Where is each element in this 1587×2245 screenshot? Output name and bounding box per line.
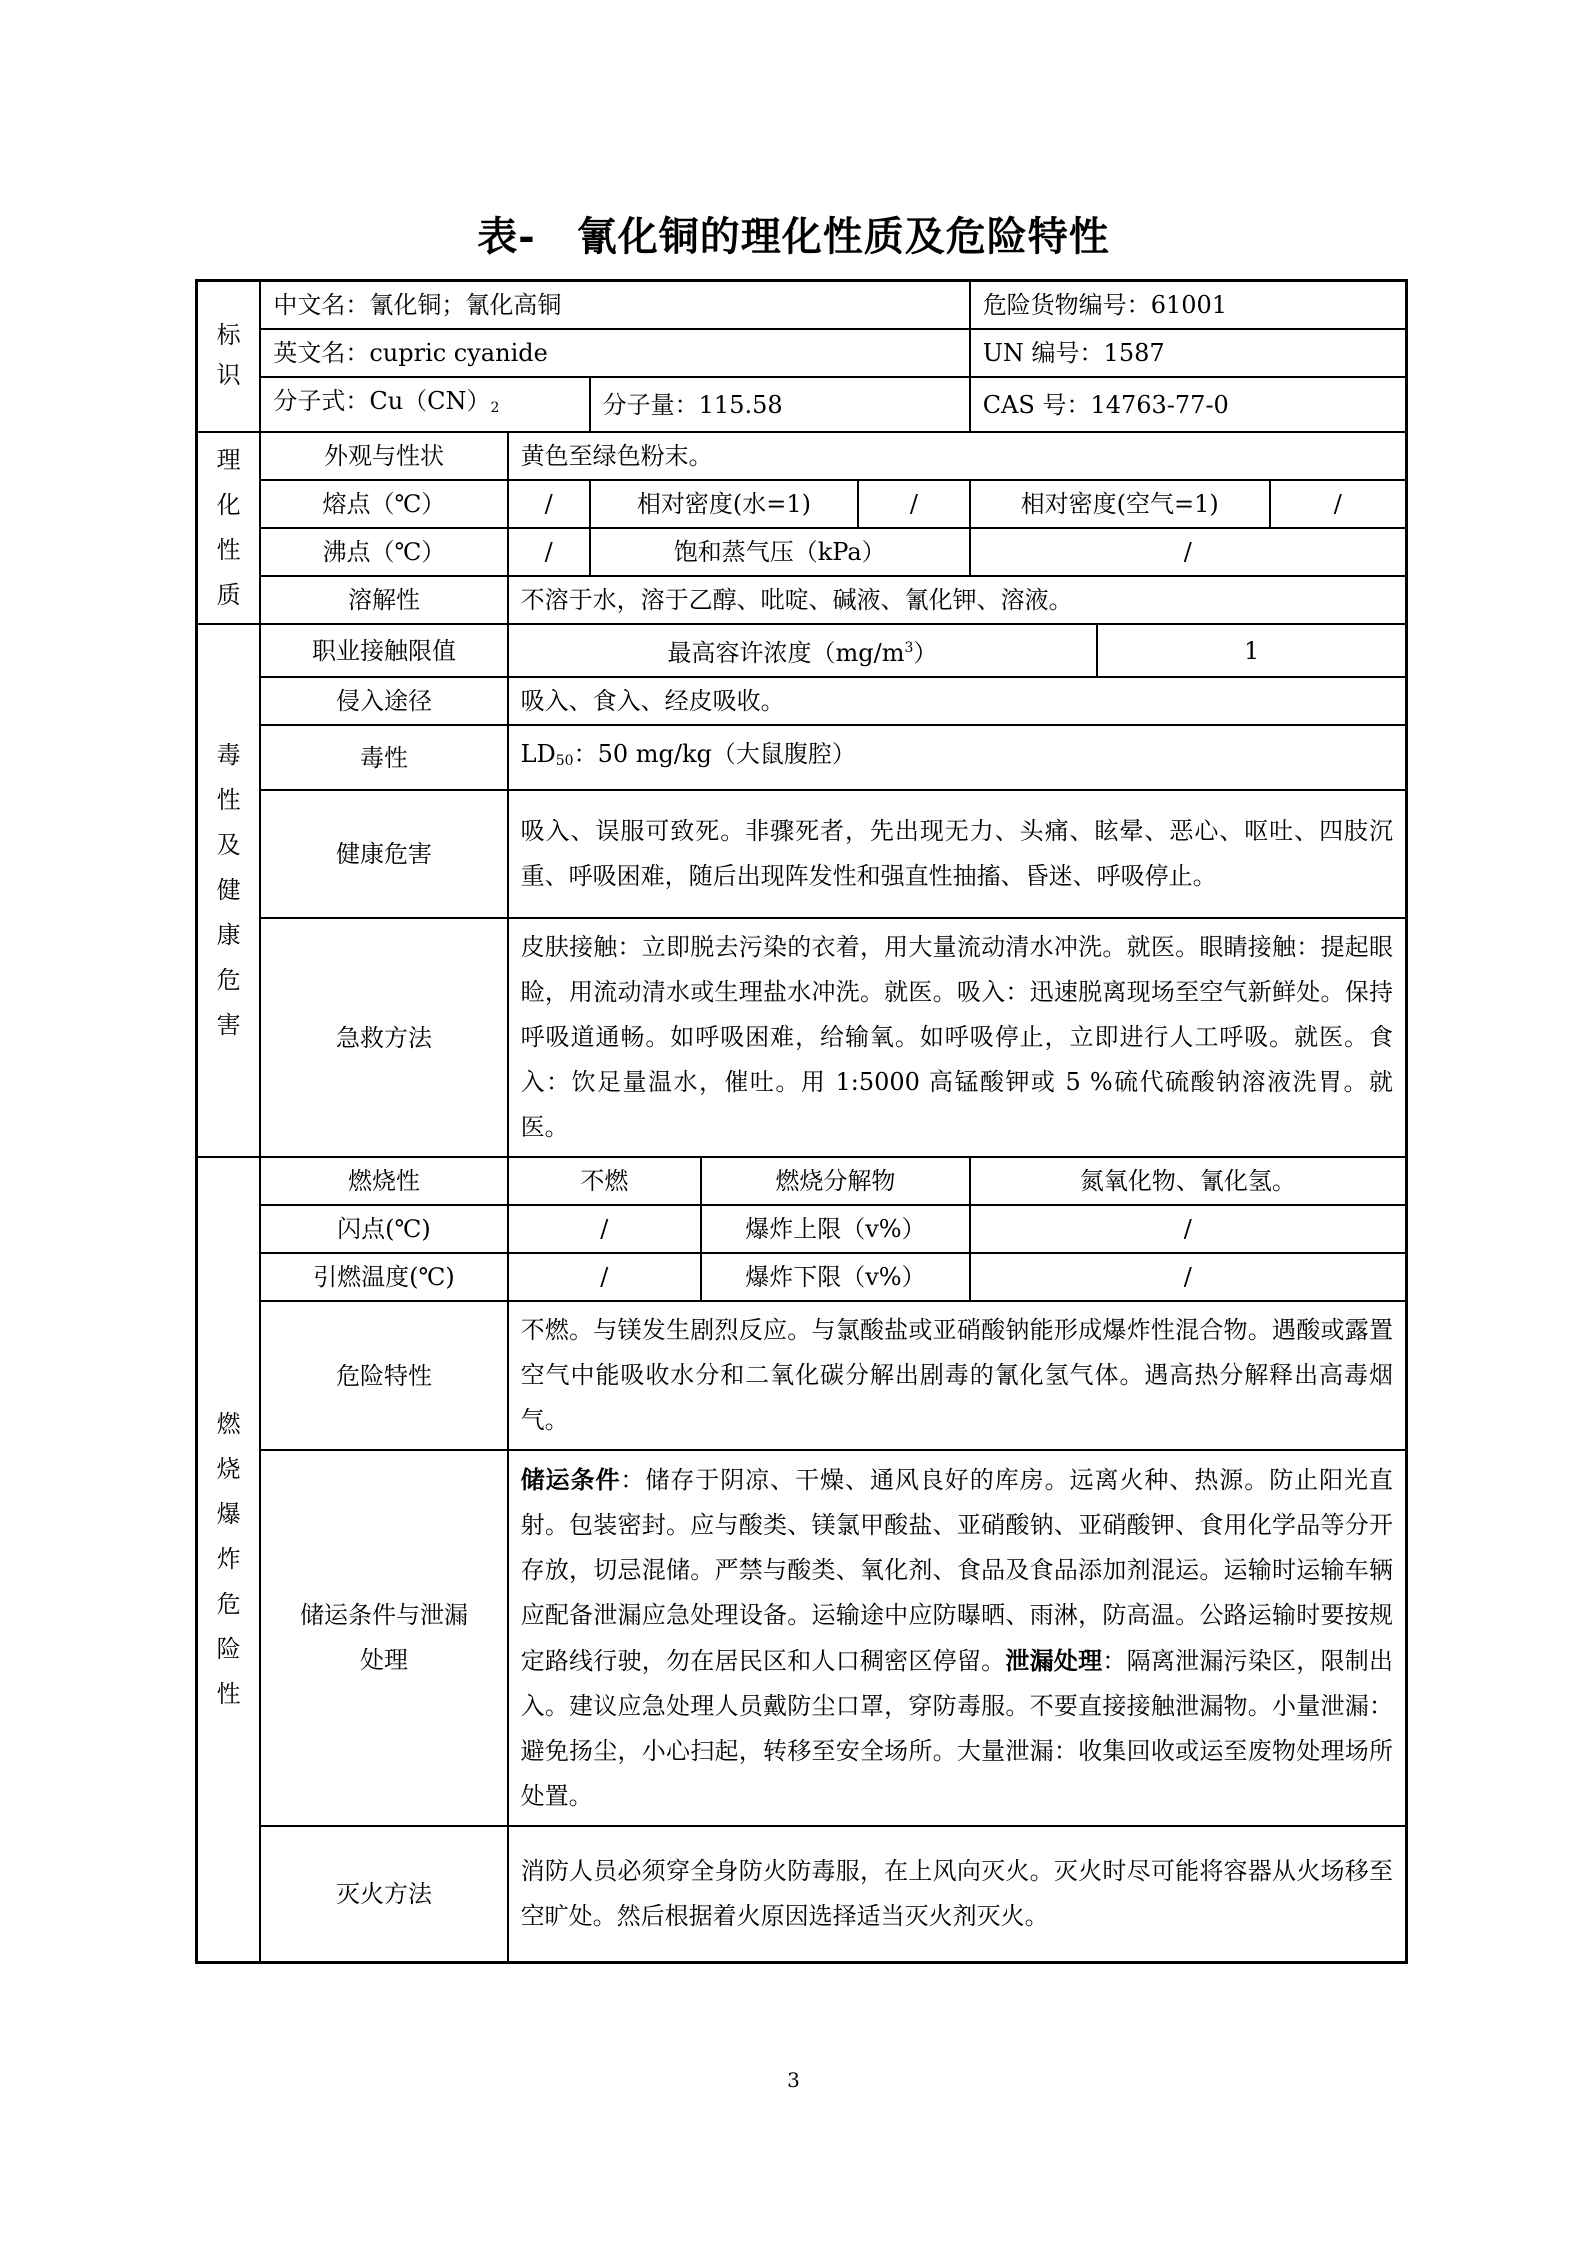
vp-label: 饱和蒸气压（kPa） bbox=[590, 528, 970, 576]
un-no-cell: UN 编号：1587 bbox=[970, 329, 1407, 377]
hazard-properties-table: 标识 中文名：氰化铜；氰化高铜 危险货物编号：61001 英文名：cupric … bbox=[195, 279, 1408, 1964]
cn-name-cell: 中文名：氰化铜；氰化高铜 bbox=[260, 281, 969, 330]
solubility-label: 溶解性 bbox=[260, 576, 507, 624]
decomp-label: 燃烧分解物 bbox=[701, 1157, 970, 1205]
mac-value: 1 bbox=[1097, 624, 1406, 677]
vp-value: / bbox=[970, 528, 1407, 576]
solubility-value: 不溶于水，溶于乙醇、吡啶、碱液、氰化钾、溶液。 bbox=[508, 576, 1407, 624]
section-toxicity-label: 毒性及健康危害 bbox=[197, 624, 261, 1157]
flammability-value: 不燃 bbox=[508, 1157, 702, 1205]
lel-value: / bbox=[970, 1253, 1407, 1301]
oel-label: 职业接触限值 bbox=[260, 624, 507, 677]
section-fire-label: 燃烧爆炸危险性 bbox=[197, 1157, 261, 1962]
hazard-no-cell: 危险货物编号：61001 bbox=[970, 281, 1407, 330]
page-title: 表- 氰化铜的理化性质及危险特性 bbox=[0, 205, 1587, 262]
uel-value: / bbox=[970, 1205, 1407, 1253]
cas-cell: CAS 号：14763-77-0 bbox=[970, 377, 1407, 432]
en-name-cell: 英文名：cupric cyanide bbox=[260, 329, 969, 377]
extinguish-value: 消防人员必须穿全身防火防毒服，在上风向灭火。灭火时尽可能将容器从火场移至空旷处。… bbox=[508, 1826, 1407, 1962]
rd-air-value: / bbox=[1270, 480, 1407, 528]
toxicity-value: LD50：50 mg/kg（大鼠腹腔） bbox=[508, 725, 1407, 790]
rd-air-label: 相对密度(空气=1) bbox=[970, 480, 1270, 528]
section-identity-label: 标识 bbox=[197, 281, 261, 433]
flash-value: / bbox=[508, 1205, 702, 1253]
route-value: 吸入、食入、经皮吸收。 bbox=[508, 677, 1407, 725]
hazard-value: 不燃。与镁发生剧烈反应。与氯酸盐或亚硝酸钠能形成爆炸性混合物。遇酸或露置空气中能… bbox=[508, 1301, 1407, 1450]
extinguish-label: 灭火方法 bbox=[260, 1826, 507, 1962]
route-label: 侵入途径 bbox=[260, 677, 507, 725]
flash-label: 闪点(℃) bbox=[260, 1205, 507, 1253]
flammability-label: 燃烧性 bbox=[260, 1157, 507, 1205]
firstaid-label: 急救方法 bbox=[260, 918, 507, 1157]
appearance-label: 外观与性状 bbox=[260, 432, 507, 480]
storage-label: 储运条件与泄漏处理 bbox=[260, 1450, 507, 1826]
rd-water-value: / bbox=[858, 480, 970, 528]
health-value: 吸入、误服可致死。非骤死者，先出现无力、头痛、眩晕、恶心、呕吐、四肢沉重、呼吸困… bbox=[508, 790, 1407, 918]
page-number: 3 bbox=[0, 2068, 1587, 2092]
appearance-value: 黄色至绿色粉末。 bbox=[508, 432, 1407, 480]
storage-value: 储运条件：储存于阴凉、干燥、通风良好的库房。远离火种、热源。防止阳光直射。包装密… bbox=[508, 1450, 1407, 1826]
health-label: 健康危害 bbox=[260, 790, 507, 918]
toxicity-label: 毒性 bbox=[260, 725, 507, 790]
bp-value: / bbox=[508, 528, 590, 576]
lel-label: 爆炸下限（v%） bbox=[701, 1253, 970, 1301]
formula-cell: 分子式：Cu（CN）2 bbox=[260, 377, 589, 432]
hazard-label: 危险特性 bbox=[260, 1301, 507, 1450]
firstaid-value: 皮肤接触：立即脱去污染的衣着，用大量流动清水冲洗。就医。眼睛接触：提起眼睑，用流… bbox=[508, 918, 1407, 1157]
mac-label: 最高容许浓度（mg/m3） bbox=[508, 624, 1098, 677]
section-physchem-label: 理化性质 bbox=[197, 432, 261, 624]
mp-value: / bbox=[508, 480, 590, 528]
ignition-value: / bbox=[508, 1253, 702, 1301]
bp-label: 沸点（℃） bbox=[260, 528, 507, 576]
decomp-value: 氮氧化物、氰化氢。 bbox=[970, 1157, 1407, 1205]
mp-label: 熔点（℃） bbox=[260, 480, 507, 528]
mw-cell: 分子量：115.58 bbox=[590, 377, 970, 432]
uel-label: 爆炸上限（v%） bbox=[701, 1205, 970, 1253]
ignition-label: 引燃温度(℃) bbox=[260, 1253, 507, 1301]
rd-water-label: 相对密度(水=1) bbox=[590, 480, 859, 528]
